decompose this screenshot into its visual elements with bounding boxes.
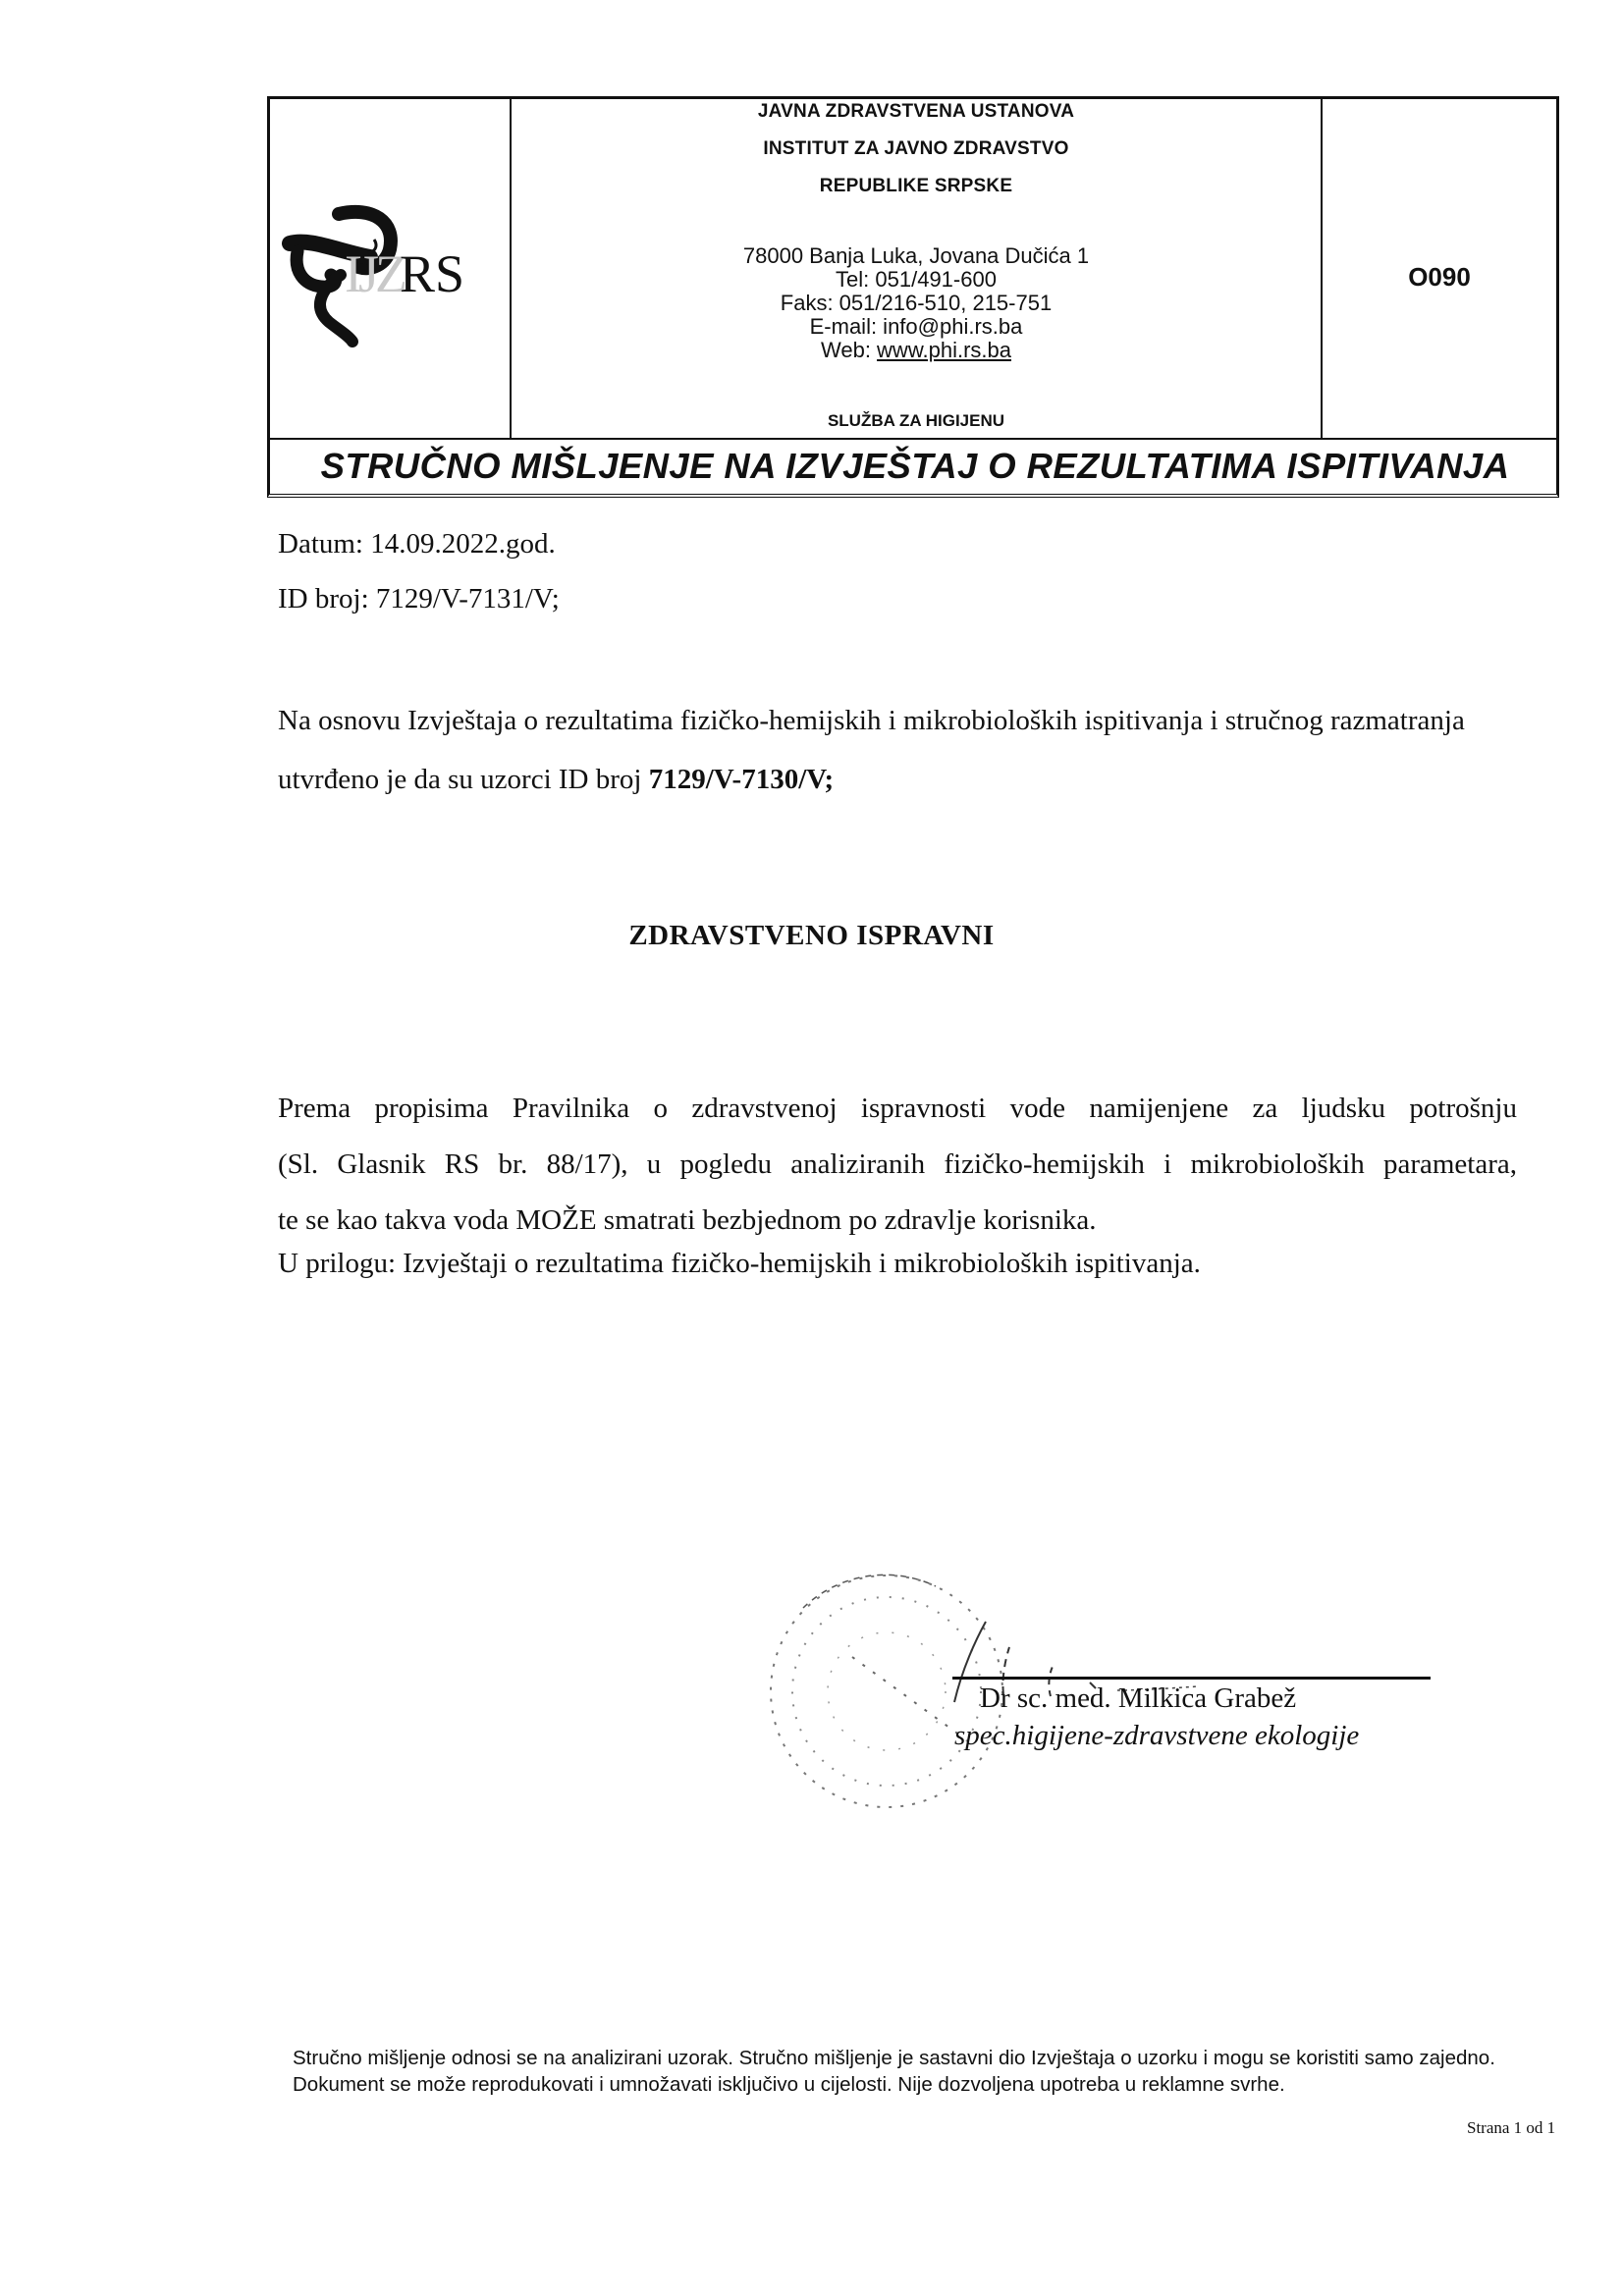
intro-sample-ids: 7129/V-7130/V; (649, 764, 835, 795)
signatory-name: Dr sc. med. Milkica Grabež (980, 1682, 1296, 1715)
document-page: IJZ RS JAVNA ZDRAVSTVENA USTANOVA INSTIT… (0, 0, 1623, 2296)
regulation-paragraph: Prema propisima Pravilnika o zdravstveno… (278, 1081, 1517, 1249)
contact-block: 78000 Banja Luka, Jovana Dučića 1 Tel: 0… (512, 244, 1321, 362)
document-title: STRUČNO MIŠLJENJE NA IZVJEŠTAJ O REZULTA… (282, 446, 1548, 487)
document-date: Datum: 14.09.2022.god. (278, 528, 556, 561)
intro-text: Na osnovu Izvještaja o rezultatima fizič… (278, 705, 1465, 795)
logo-text-faded: IJZ (345, 243, 404, 304)
org-line-2: INSTITUT ZA JAVNO ZDRAVSTVO (512, 138, 1321, 160)
letterhead: IJZ RS JAVNA ZDRAVSTVENA USTANOVA INSTIT… (267, 96, 1559, 493)
phone: Tel: 051/491-600 (512, 268, 1321, 292)
institute-logo: IJZ RS (280, 192, 506, 349)
fax: Faks: 051/216-510, 215-751 (512, 292, 1321, 315)
address: 78000 Banja Luka, Jovana Dučića 1 (512, 244, 1321, 268)
regulation-line-1: Prema propisima Pravilnika o zdravstveno… (278, 1081, 1517, 1137)
regulation-line-2: (Sl. Glasnik RS br. 88/17), u pogledu an… (278, 1137, 1517, 1193)
regulation-line-3: te se kao takva voda MOŽE smatrati bezbj… (278, 1193, 1517, 1249)
org-line-3: REPUBLIKE SRPSKE (512, 176, 1321, 197)
logo-text: RS (400, 243, 464, 304)
website-label: Web: (821, 338, 877, 362)
department: SLUŽBA ZA HIGIJENU (512, 411, 1321, 431)
signature-line (952, 1677, 1431, 1680)
footer-disclaimer: Stručno mišljenje odnosi se na analizira… (293, 2045, 1569, 2098)
attachment-note: U prilogu: Izvještaji o rezultatima fizi… (278, 1248, 1201, 1280)
org-line-1: JAVNA ZDRAVSTVENA USTANOVA (512, 101, 1321, 123)
letterhead-row: IJZ RS JAVNA ZDRAVSTVENA USTANOVA INSTIT… (270, 99, 1556, 438)
institute-info-cell: JAVNA ZDRAVSTVENA USTANOVA INSTITUT ZA J… (512, 99, 1323, 438)
intro-paragraph: Na osnovu Izvještaja o rezultatima fizič… (278, 691, 1515, 809)
website: Web: www.phi.rs.ba (512, 339, 1321, 362)
form-code-cell: O090 (1323, 99, 1556, 438)
form-code: O090 (1323, 262, 1556, 293)
logo-cell: IJZ RS (270, 99, 512, 438)
email: E-mail: info@phi.rs.ba (512, 315, 1321, 339)
verdict: ZDRAVSTVENO ISPRAVNI (0, 920, 1623, 952)
page-number: Strana 1 od 1 (1467, 2118, 1555, 2138)
signatory-title: spec.higijene-zdravstvene ekologije (954, 1720, 1359, 1752)
website-link[interactable]: www.phi.rs.ba (877, 338, 1011, 362)
document-title-band: STRUČNO MIŠLJENJE NA IZVJEŠTAJ O REZULTA… (267, 438, 1559, 498)
document-id-number: ID broj: 7129/V-7131/V; (278, 583, 560, 615)
